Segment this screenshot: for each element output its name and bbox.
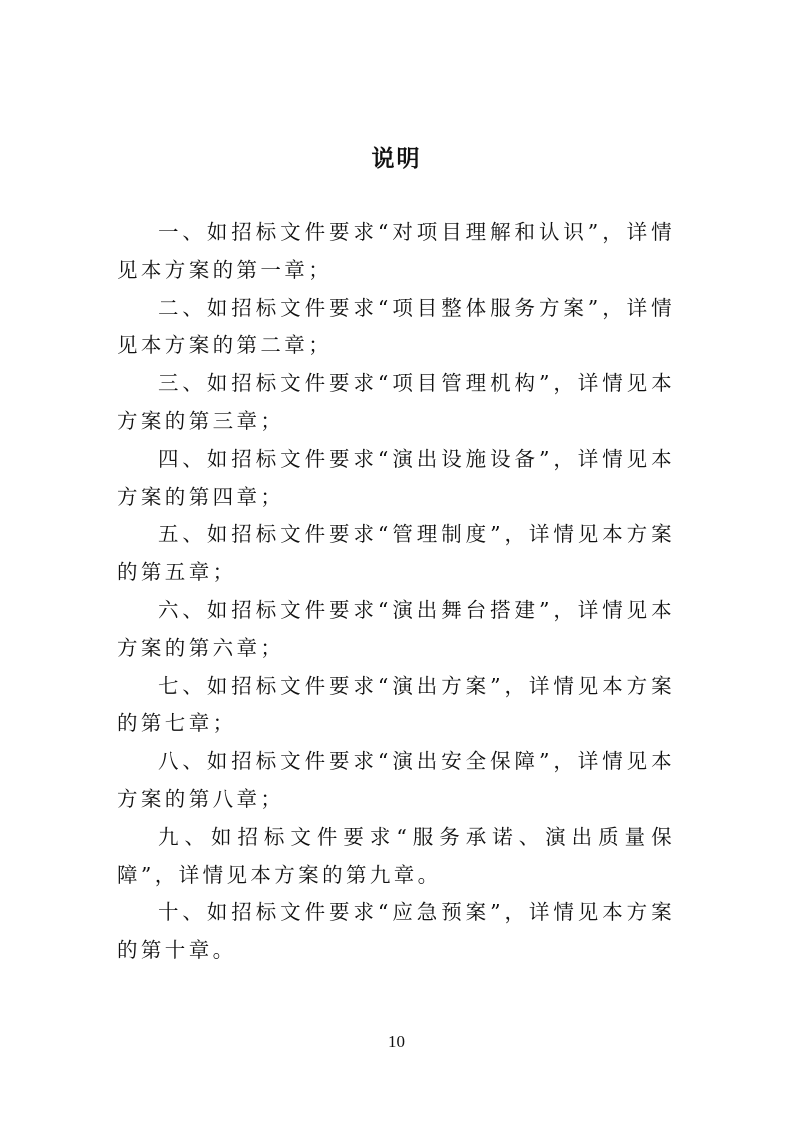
paragraph-4: 四、如招标文件要求“演出设施设备”，详情见本方案的第四章； (117, 441, 675, 517)
paragraph-6: 六、如招标文件要求“演出舞台搭建”，详情见本方案的第六章； (117, 592, 675, 668)
paragraph-8: 八、如招标文件要求“演出安全保障”，详情见本方案的第八章； (117, 743, 675, 819)
document-body: 一、如招标文件要求“对项目理解和认识”，详情见本方案的第一章； 二、如招标文件要… (117, 214, 675, 970)
paragraph-9: 九、如招标文件要求“服务承诺、演出质量保障”，详情见本方案的第九章。 (117, 819, 675, 895)
paragraph-3: 三、如招标文件要求“项目管理机构”，详情见本方案的第三章； (117, 365, 675, 441)
paragraph-7: 七、如招标文件要求“演出方案”，详情见本方案的第七章； (117, 668, 675, 744)
page-number: 10 (0, 1032, 793, 1052)
paragraph-5: 五、如招标文件要求“管理制度”，详情见本方案的第五章； (117, 516, 675, 592)
paragraph-10: 十、如招标文件要求“应急预案”，详情见本方案的第十章。 (117, 894, 675, 970)
page-title: 说明 (0, 140, 793, 173)
paragraph-1: 一、如招标文件要求“对项目理解和认识”，详情见本方案的第一章； (117, 214, 675, 290)
paragraph-2: 二、如招标文件要求“项目整体服务方案”，详情见本方案的第二章； (117, 290, 675, 366)
